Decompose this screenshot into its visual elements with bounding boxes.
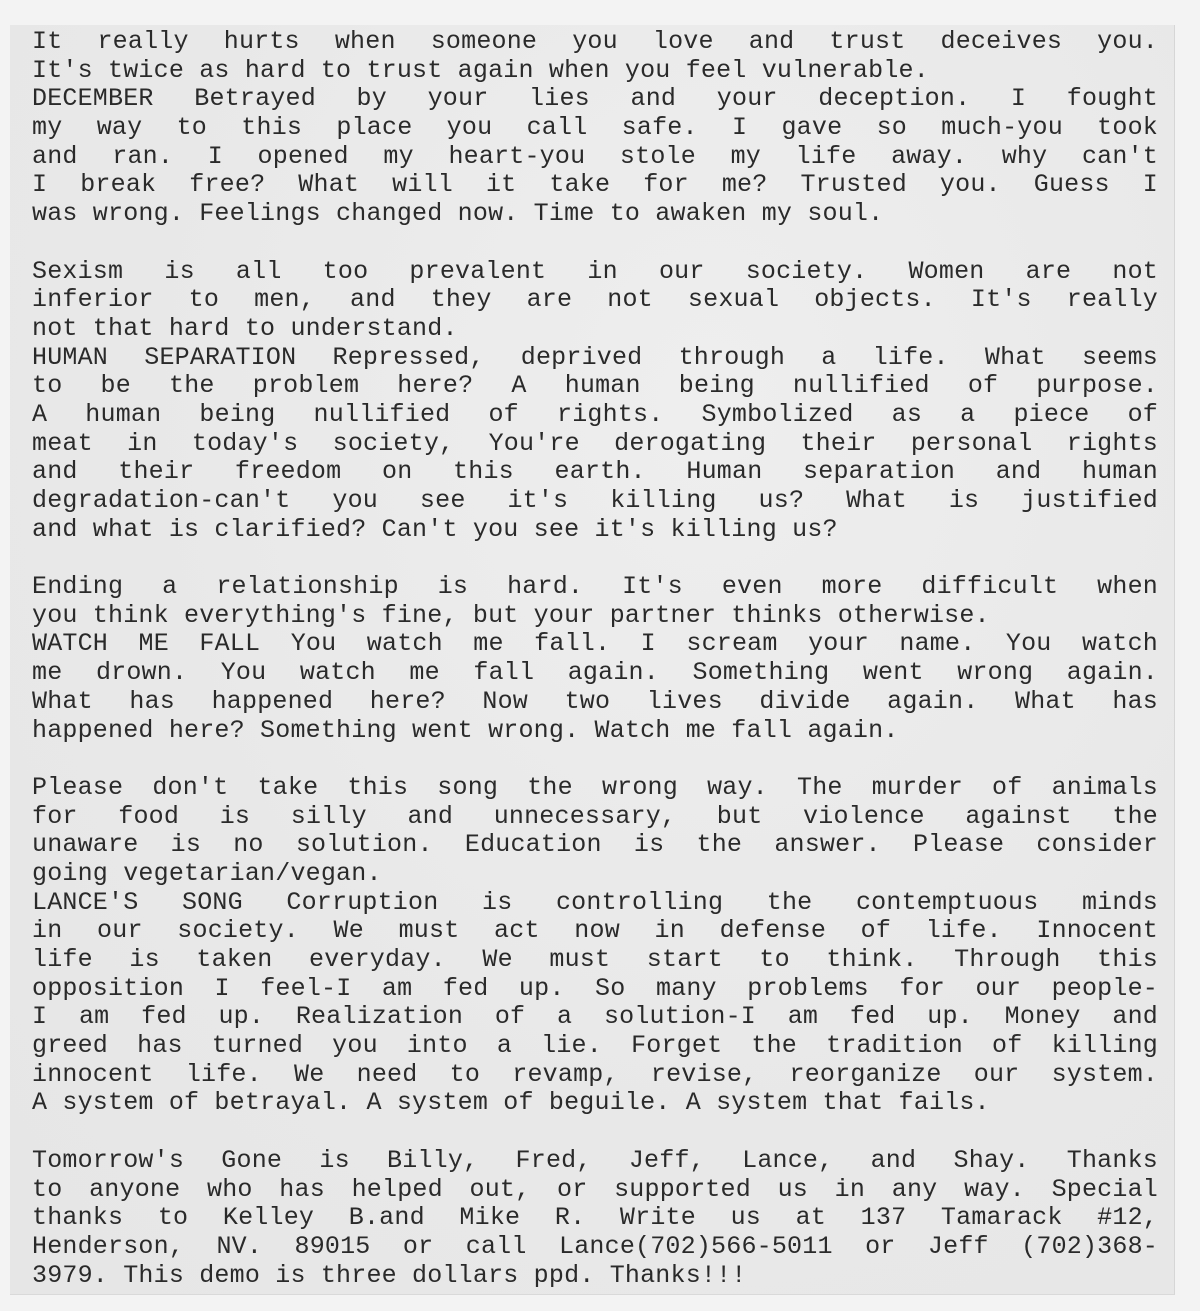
text-line: I break free? What will it take for me? … [32,171,1158,200]
text-line: and ran. I opened my heart-you stole my … [32,143,1158,172]
text-line: my way to this place you call safe. I ga… [32,114,1158,143]
text-line: and their freedom on this earth. Human s… [32,458,1158,487]
text-line: DECEMBER Betrayed by your lies and your … [32,85,1158,114]
text-line: and what is clarified? Can't you see it'… [32,516,1158,545]
text-line: LANCE'S SONG Corruption is controlling t… [32,889,1158,918]
text-line: What has happened here? Now two lives di… [32,688,1158,717]
text-line: greed has turned you into a lie. Forget … [32,1032,1158,1061]
paragraph-lances-song: Please don't take this song the wrong wa… [32,774,1158,1118]
text-line: opposition I feel-I am fed up. So many p… [32,975,1158,1004]
lyric-sheet-text: It really hurts when someone you love an… [32,28,1158,1311]
text-line: meat in today's society, You're derogati… [32,430,1158,459]
text-line: Henderson, NV. 89015 or call Lance(702)5… [32,1233,1158,1262]
text-line: for food is silly and unnecessary, but v… [32,803,1158,832]
paragraph-credits: Tomorrow's Gone is Billy, Fred, Jeff, La… [32,1147,1158,1290]
text-line: Sexism is all too prevalent in our socie… [32,258,1158,287]
text-line: you think everything's fine, but your pa… [32,602,1158,631]
text-line: A human being nullified of rights. Symbo… [32,401,1158,430]
text-line: to anyone who has helped out, or support… [32,1176,1158,1205]
text-line: innocent life. We need to revamp, revise… [32,1061,1158,1090]
text-line: going vegetarian/vegan. [32,860,1158,889]
text-line: Tomorrow's Gone is Billy, Fred, Jeff, La… [32,1147,1158,1176]
scanned-page: It really hurts when someone you love an… [10,25,1175,1295]
text-line: degradation-can't you see it's killing u… [32,487,1158,516]
text-line: It's twice as hard to trust again when y… [32,57,1158,86]
text-line: was wrong. Feelings changed now. Time to… [32,200,1158,229]
text-line: HUMAN SEPARATION Repressed, deprived thr… [32,344,1158,373]
text-line: life is taken everyday. We must start to… [32,946,1158,975]
text-line: 3979. This demo is three dollars ppd. Th… [32,1262,1158,1291]
text-line: Please don't take this song the wrong wa… [32,774,1158,803]
text-line: in our society. We must act now in defen… [32,917,1158,946]
text-line: WATCH ME FALL You watch me fall. I screa… [32,630,1158,659]
paragraph-watch-me-fall: Ending a relationship is hard. It's even… [32,573,1158,745]
text-line: unaware is no solution. Education is the… [32,831,1158,860]
paragraph-human-separation: Sexism is all too prevalent in our socie… [32,258,1158,545]
text-line: happened here? Something went wrong. Wat… [32,717,1158,746]
text-line: Ending a relationship is hard. It's even… [32,573,1158,602]
text-line: not that hard to understand. [32,315,1158,344]
text-line: thanks to Kelley B.and Mike R. Write us … [32,1204,1158,1233]
paragraph-december: It really hurts when someone you love an… [32,28,1158,229]
text-line: inferior to men, and they are not sexual… [32,286,1158,315]
text-line: A system of betrayal. A system of beguil… [32,1089,1158,1118]
text-line: to be the problem here? A human being nu… [32,372,1158,401]
text-line: me drown. You watch me fall again. Somet… [32,659,1158,688]
text-line: I am fed up. Realization of a solution-I… [32,1003,1158,1032]
text-line: It really hurts when someone you love an… [32,28,1158,57]
